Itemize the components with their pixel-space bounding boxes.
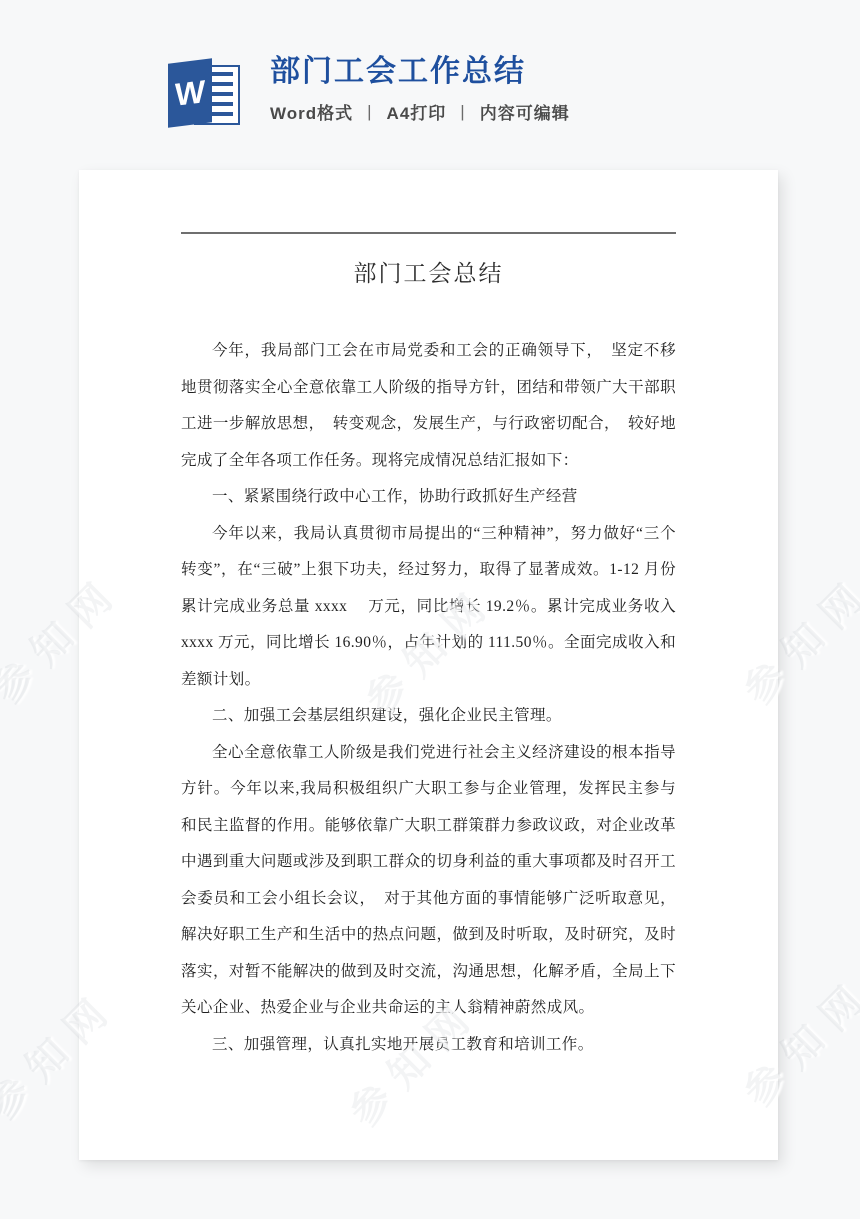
title-divider-rule — [181, 232, 676, 234]
site-header: W 部门工会工作总结 Word格式 | A4打印 | 内容可编辑 — [0, 0, 860, 140]
document-title: 部门工会总结 — [181, 255, 676, 288]
paragraph-section-2: 全心全意依靠工人阶级是我们党进行社会主义经济建设的根本指导方针。今年以来,我局积… — [181, 735, 676, 1027]
paragraph-heading-2: 二、加强工会基层组织建设，强化企业民主管理。 — [181, 698, 676, 735]
header-text-block: 部门工会工作总结 Word格式 | A4打印 | 内容可编辑 — [270, 55, 570, 124]
document-body: 今年，我局部门工会在市局党委和工会的正确领导下， 坚定不移地贯彻落实全心全意依靠… — [181, 333, 676, 1063]
feature-editable: 内容可编辑 — [480, 99, 570, 124]
paragraph-heading-3: 三、加强管理，认真扎实地开展员工教育和培训工作。 — [181, 1027, 676, 1064]
feature-separator: | — [460, 102, 465, 122]
word-icon-letter: W — [175, 73, 205, 114]
document-page: 部门工会总结 今年，我局部门工会在市局党委和工会的正确领导下， 坚定不移地贯彻落… — [79, 170, 778, 1160]
word-icon-w-flag: W — [168, 58, 212, 127]
paragraph-heading-1: 一、紧紧围绕行政中心工作，协助行政抓好生产经营 — [181, 479, 676, 516]
document-features: Word格式 | A4打印 | 内容可编辑 — [270, 99, 570, 124]
feature-separator: | — [367, 102, 372, 122]
paragraph-section-1: 今年以来，我局认真贯彻市局提出的“三种精神”，努力做好“三个转变”，在“三破”上… — [181, 516, 676, 699]
word-icon: W — [168, 58, 242, 132]
paragraph-intro: 今年，我局部门工会在市局党委和工会的正确领导下， 坚定不移地贯彻落实全心全意依靠… — [181, 333, 676, 479]
feature-a4-print: A4打印 — [387, 99, 447, 124]
feature-word-format: Word格式 — [270, 99, 353, 124]
page-title: 部门工会工作总结 — [270, 55, 570, 89]
